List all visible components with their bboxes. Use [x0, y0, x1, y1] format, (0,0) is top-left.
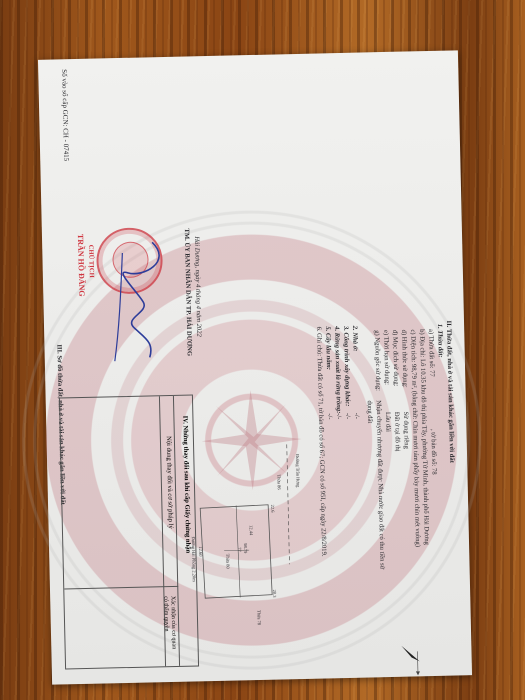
- house-value: -/-: [352, 413, 361, 419]
- edge-top-length: 22.6: [268, 505, 277, 513]
- usage-term-label: e) Thời hạn sử dụng:: [381, 330, 391, 385]
- other-construction-label: 3. Công trình xây dựng khác:: [341, 326, 351, 407]
- other-construction-value: -/-: [343, 413, 352, 419]
- perennial-value: -/-: [325, 413, 334, 419]
- usage-form-value: Sử dụng riêng: [401, 412, 410, 449]
- map-sheet-number: , tờ bản đồ số: 78: [428, 429, 437, 475]
- serial-number: Số vào sổ cấp GCN: CH - 07415: [60, 69, 70, 161]
- neighbor-lot-below: Thửa 80: [223, 554, 232, 569]
- changes-content-column: Nội dung thay đổi và cơ sở pháp lý: [163, 436, 174, 529]
- usage-form-label: d) Hình thức sử dụng:: [399, 330, 409, 388]
- road-label: Đường Trần Hưng: [293, 454, 302, 487]
- edge-left-length: 12.44: [246, 525, 255, 535]
- signer-name: TRẦN HỒ ĐĂNG: [76, 234, 86, 297]
- perennial-label: 5. Cây lâu năm:: [323, 326, 332, 370]
- forest-value: -/-: [334, 413, 343, 419]
- usage-purpose-value: Đất ở tại đô thị: [392, 412, 401, 452]
- authority-confirmation-column: Xác nhận của cơ quan có thẩm quyền: [161, 596, 176, 656]
- usage-origin-value-cont: dụng đất: [364, 400, 373, 423]
- changes-table: IV. Những thay đổi sau khi cấp Giấy chứn…: [59, 395, 199, 670]
- usage-purpose-label: đ) Mục đích sử dụng:: [390, 330, 400, 387]
- usage-term-value: Lâu dài: [383, 412, 392, 432]
- edge-right-length: 20.3: [270, 590, 279, 598]
- section-iv-title: IV. Những thay đổi sau khi cấp Giấy chứn…: [180, 416, 192, 554]
- signer-title: CHỦ TỊCH: [86, 245, 95, 278]
- neighbor-lot-left: Thửa 86: [274, 474, 283, 489]
- parcel-area: 98.79: [241, 543, 250, 553]
- signature: [92, 232, 185, 364]
- section-ii-sub1: 1. Thửa đất:: [435, 324, 444, 358]
- north-arrow-icon: [397, 641, 432, 676]
- house-label: 2. Nhà ở:: [350, 326, 359, 352]
- plot-number: a) Thửa đất số: 77: [426, 329, 435, 377]
- neighbor-lot-right: Thửa 78: [254, 610, 263, 625]
- usage-origin-label: g) Nguồn gốc sử dụng:: [372, 330, 382, 391]
